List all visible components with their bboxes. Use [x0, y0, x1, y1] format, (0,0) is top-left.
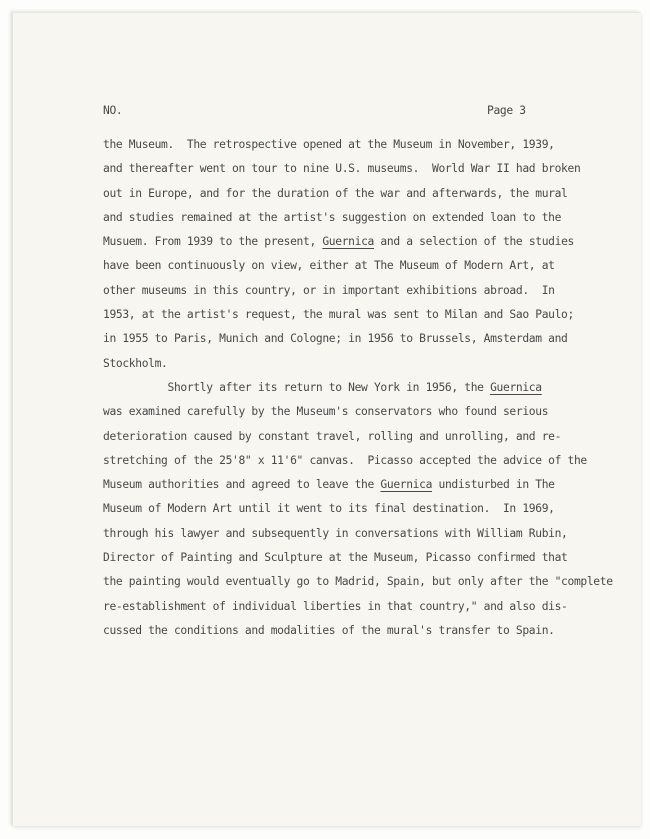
page-number-label: Page 3: [487, 104, 526, 117]
text-segment: Musuem. From 1939 to the present,: [103, 235, 322, 248]
text-line: through his lawyer and subsequently in c…: [103, 526, 613, 550]
text-segment: the Museum. The retrospective opened at …: [103, 138, 555, 151]
underlined-title: Guernica: [490, 381, 542, 394]
text-segment: Museum authorities and agreed to leave t…: [103, 478, 380, 491]
text-segment: and studies remained at the artist's sug…: [103, 211, 561, 224]
text-segment: and a selection of the studies: [374, 235, 574, 248]
text-line: Museum authorities and agreed to leave t…: [103, 477, 613, 501]
text-line: and studies remained at the artist's sug…: [103, 210, 613, 234]
text-line: Stockholm.: [103, 356, 613, 380]
text-segment: cussed the conditions and modalities of …: [103, 624, 555, 637]
text-line: and thereafter went on tour to nine U.S.…: [103, 161, 613, 185]
text-segment: Director of Painting and Sculpture at th…: [103, 551, 568, 564]
text-line: have been continuously on view, either a…: [103, 258, 613, 282]
text-line: in 1955 to Paris, Munich and Cologne; in…: [103, 331, 613, 355]
text-segment: other museums in this country, or in imp…: [103, 284, 555, 297]
text-line: out in Europe, and for the duration of t…: [103, 186, 613, 210]
text-segment: in 1955 to Paris, Munich and Cologne; in…: [103, 332, 568, 345]
text-line: re-establishment of individual liberties…: [103, 599, 613, 623]
text-segment: the painting would eventually go to Madr…: [103, 575, 613, 588]
text-line: Director of Painting and Sculpture at th…: [103, 550, 613, 574]
text-segment: Shortly after its return to New York in …: [103, 381, 490, 394]
text-line: Musuem. From 1939 to the present, Guerni…: [103, 234, 613, 258]
text-line: 1953, at the artist's request, the mural…: [103, 307, 613, 331]
document-number-label: NO.: [103, 104, 122, 117]
text-segment: 1953, at the artist's request, the mural…: [103, 308, 574, 321]
text-line: Museum of Modern Art until it went to it…: [103, 501, 613, 525]
scanned-page-background: NO. Page 3 the Museum. The retrospective…: [0, 0, 650, 839]
text-line: Shortly after its return to New York in …: [103, 380, 613, 404]
text-segment: undisturbed in The: [432, 478, 555, 491]
text-line: cussed the conditions and modalities of …: [103, 623, 613, 647]
text-segment: stretching of the 25'8" x 11'6" canvas. …: [103, 454, 587, 467]
text-line: the Museum. The retrospective opened at …: [103, 137, 613, 161]
text-line: stretching of the 25'8" x 11'6" canvas. …: [103, 453, 613, 477]
text-segment: was examined carefully by the Museum's c…: [103, 405, 548, 418]
text-segment: have been continuously on view, either a…: [103, 259, 555, 272]
text-segment: deterioration caused by constant travel,…: [103, 430, 561, 443]
text-line: other museums in this country, or in imp…: [103, 283, 613, 307]
text-segment: and thereafter went on tour to nine U.S.…: [103, 162, 580, 175]
underlined-title: Guernica: [322, 235, 374, 248]
text-segment: through his lawyer and subsequently in c…: [103, 527, 568, 540]
text-line: deterioration caused by constant travel,…: [103, 429, 613, 453]
text-line: was examined carefully by the Museum's c…: [103, 404, 613, 428]
document-body: the Museum. The retrospective opened at …: [103, 137, 613, 647]
text-line: the painting would eventually go to Madr…: [103, 574, 613, 598]
underlined-title: Guernica: [380, 478, 432, 491]
text-segment: out in Europe, and for the duration of t…: [103, 187, 568, 200]
text-segment: Museum of Modern Art until it went to it…: [103, 502, 555, 515]
text-segment: Stockholm.: [103, 357, 168, 370]
text-segment: re-establishment of individual liberties…: [103, 600, 568, 613]
